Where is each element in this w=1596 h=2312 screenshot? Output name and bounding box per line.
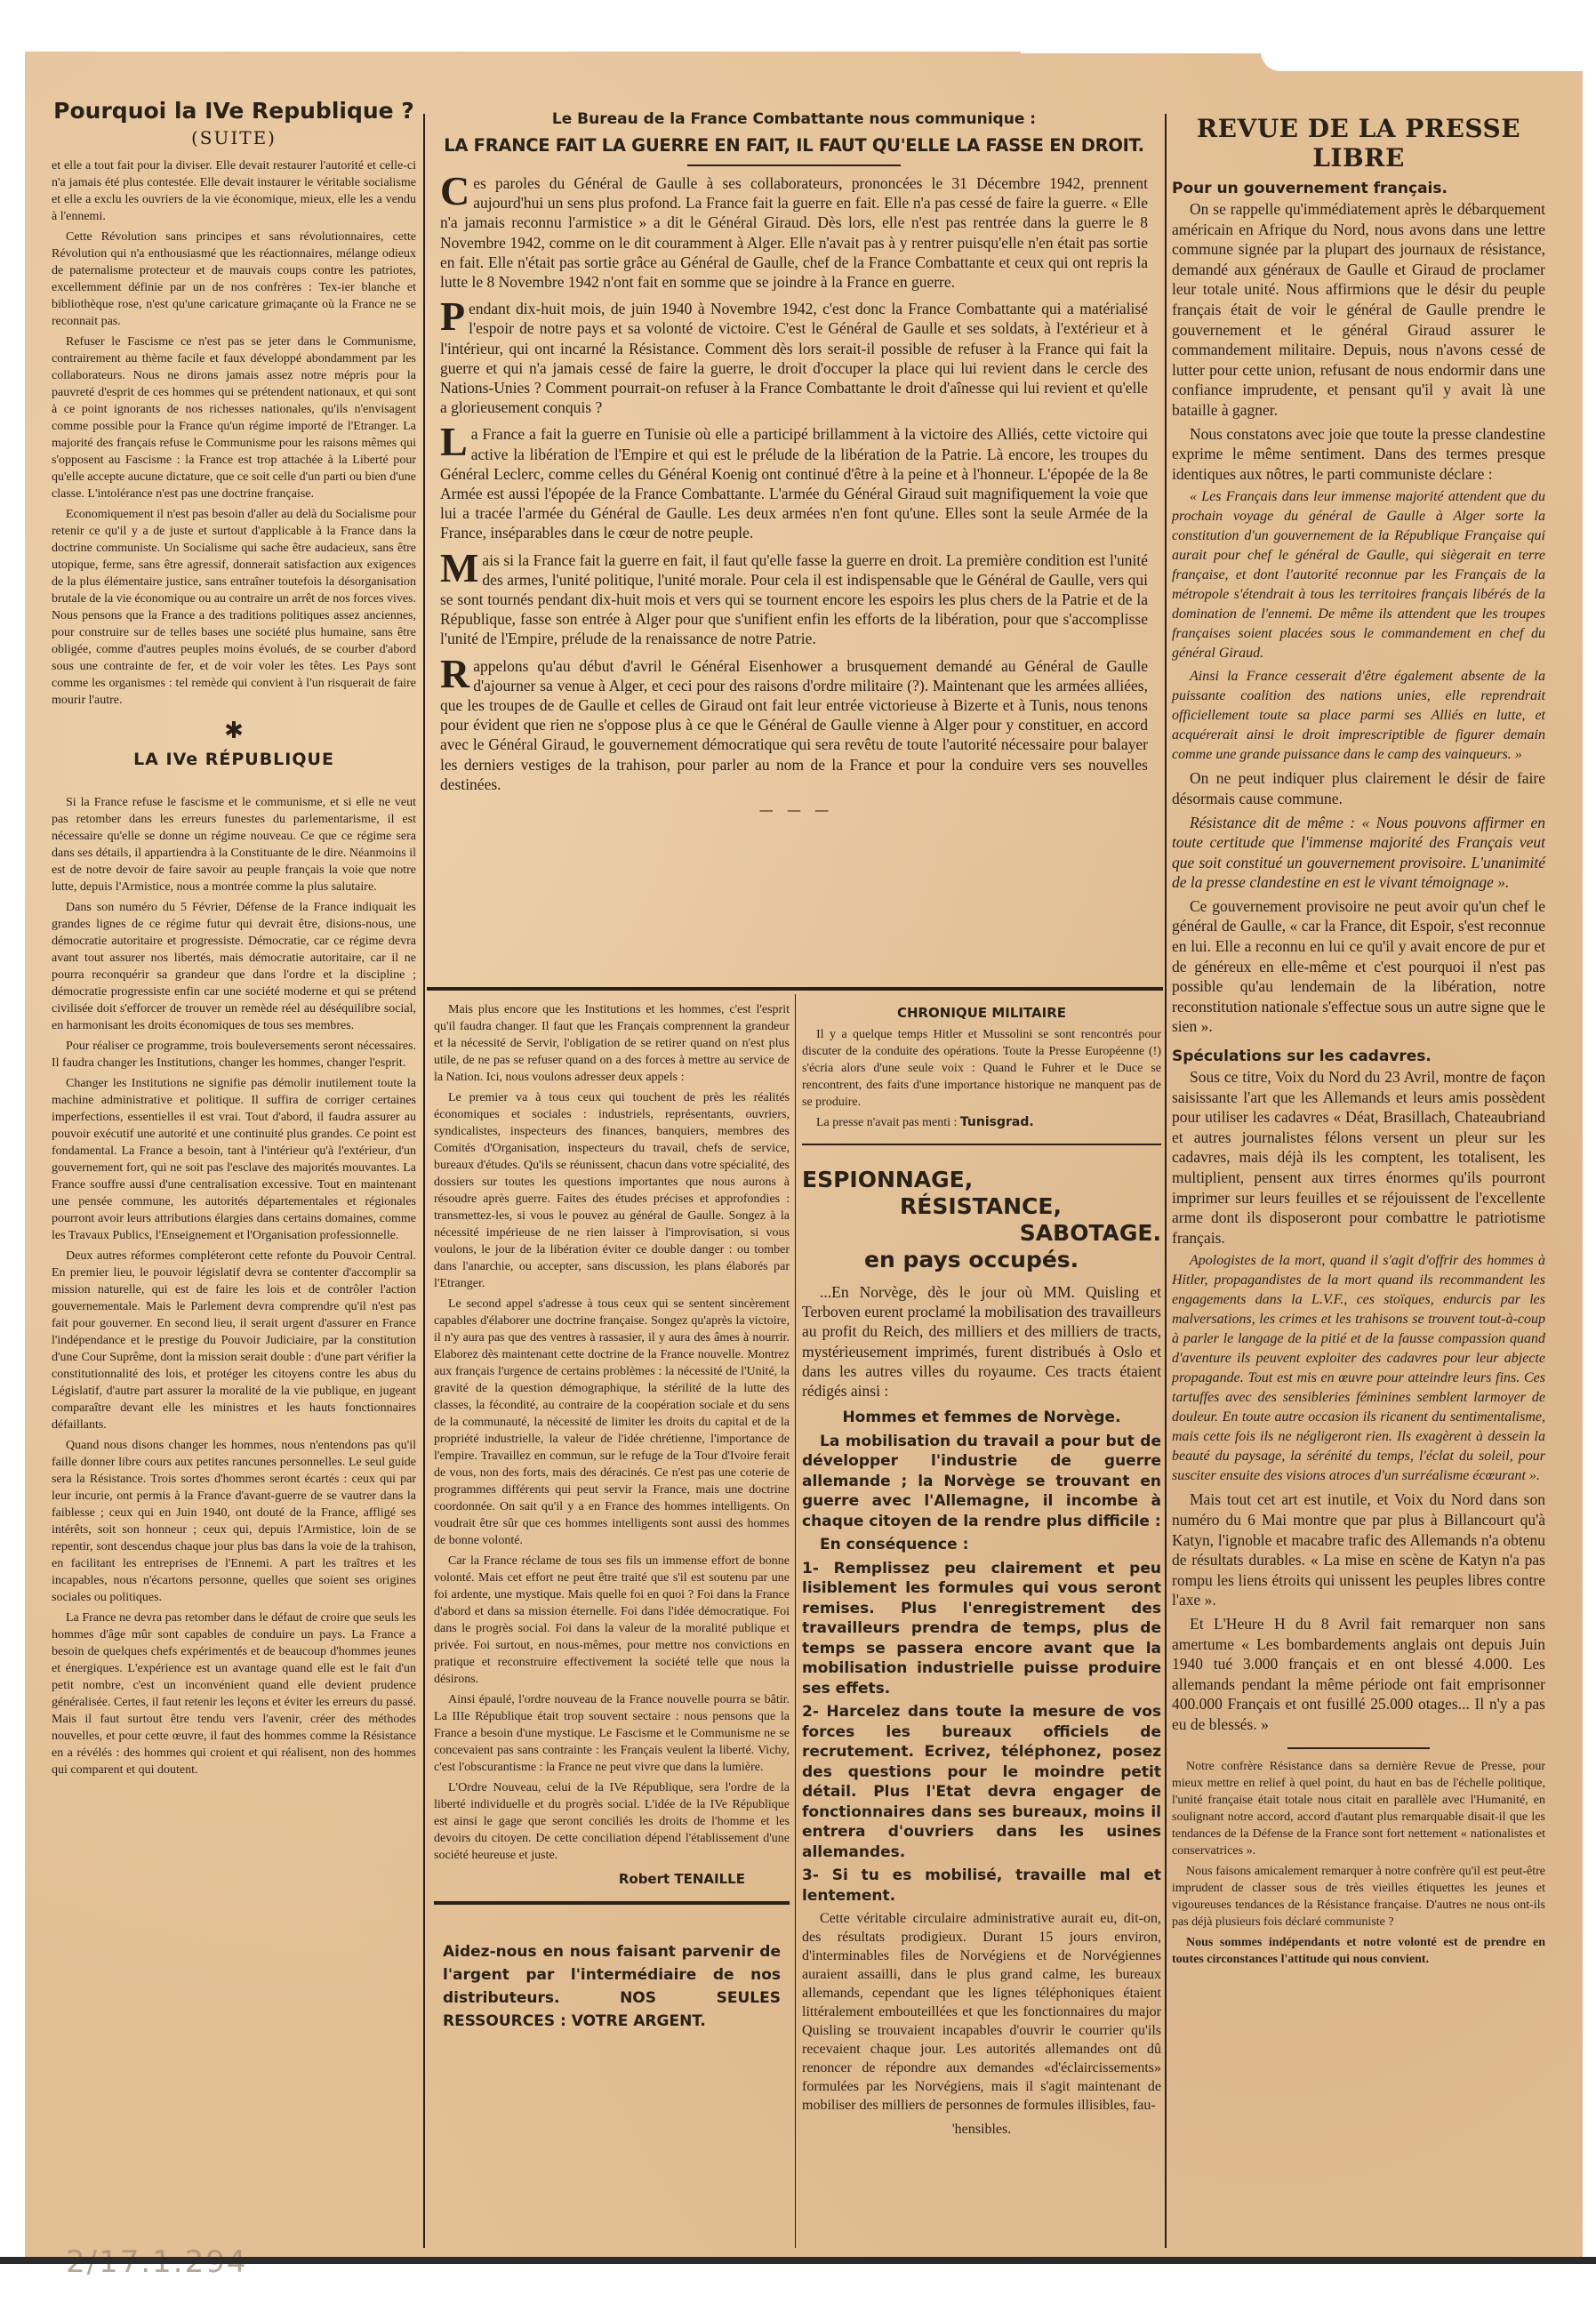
- dash-ornament: — — —: [429, 801, 1159, 818]
- right-paragraph: Sous ce titre, Voix du Nord du 23 Avril,…: [1172, 1067, 1545, 1248]
- right-column: REVUE DE LA PRESSE LIBRE Pour un gouvern…: [1172, 52, 1545, 1971]
- chronique-militaire-title: CHRONIQUE MILITAIRE: [802, 1005, 1161, 1021]
- middle-column: Le Bureau de la France Combattante nous …: [429, 52, 1159, 825]
- paragraph-text: appelons qu'au début d'avril le Général …: [440, 657, 1148, 793]
- main-article-paragraph: Ces paroles du Général de Gaulle à ses c…: [429, 173, 1159, 292]
- right-tail-paragraph: Notre confrère Résistance dans sa derniè…: [1172, 1758, 1545, 1859]
- right-paragraph: « Les Français dans leur immense majorit…: [1172, 487, 1545, 663]
- main-article-paragraph: Mais si la France fait la guerre en fait…: [429, 550, 1159, 649]
- left-paragraph: Cette Révolution sans principes et sans …: [52, 229, 416, 330]
- column-rule-left: [423, 114, 425, 2248]
- espionnage-intro: ...En Norvège, dès le jour où MM. Quisli…: [802, 1282, 1161, 1401]
- drop-cap: P: [440, 299, 469, 334]
- gouvernement-section: On se rappelle qu'immédiatement après le…: [1172, 199, 1545, 1037]
- mid-left-paragraph: Le second appel s'adresse à tous ceux qu…: [434, 1296, 790, 1549]
- tract-paragraph: En conséquence :: [802, 1535, 1161, 1555]
- left-paragraph: Economiquement il n'est pas besoin d'all…: [52, 506, 416, 709]
- scan-bottom-edge: [0, 2257, 1596, 2264]
- tract-paragraph: La mobilisation du travail a pour but de…: [802, 1432, 1161, 1532]
- revue-presse-title: REVUE DE LA PRESSE LIBRE: [1172, 114, 1545, 173]
- paragraph-text: ais si la France fait la guerre en fait,…: [440, 551, 1148, 648]
- chronique-punchline-prefix: La presse n'avait pas menti :: [816, 1116, 960, 1129]
- cadavres-section: Sous ce titre, Voix du Nord du 23 Avril,…: [1172, 1067, 1545, 1734]
- mid-left-paragraph: Ainsi épaulé, l'ordre nouveau de la Fran…: [434, 1691, 790, 1776]
- mid-left-paragraph: Mais plus encore que les Institutions et…: [434, 1001, 790, 1086]
- tract-paragraph: 3- Si tu es mobilisé, travaille mal et l…: [802, 1866, 1161, 1906]
- paragraph-text: endant dix-huit mois, de juin 1940 à Nov…: [440, 300, 1148, 416]
- right-paragraph: On ne peut indiquer plus clairement le d…: [1172, 768, 1545, 808]
- divider: [1287, 1747, 1430, 1749]
- asterisk-ornament-icon: ✱: [52, 718, 416, 744]
- tract-heading: Hommes et femmes de Norvège.: [802, 1408, 1161, 1428]
- right-paragraph: On se rappelle qu'immédiatement après le…: [1172, 199, 1545, 421]
- left-paragraph: et elle a tout fait pour la diviser. Ell…: [52, 157, 416, 225]
- main-article-paragraph: La France a fait la guerre en Tunisie où…: [429, 424, 1159, 542]
- middle-sub-right: CHRONIQUE MILITAIRE Il y a quelque temps…: [802, 1001, 1161, 2138]
- kicker-bureau: Le Bureau de la France Combattante nous …: [429, 110, 1159, 128]
- newspaper-page: Pourquoi la IVe Republique ? (SUITE) et …: [25, 52, 1583, 2257]
- drop-cap: M: [440, 550, 482, 586]
- mid-left-paragraph: Car la France réclame de tous ses fils u…: [434, 1553, 790, 1688]
- mid-left-paragraph: L'Ordre Nouveau, celui de la IVe Républi…: [434, 1779, 790, 1864]
- espionnage-title-1: ESPIONNAGE,: [802, 1167, 1161, 1193]
- double-divider: [434, 1901, 790, 1905]
- main-article-body: Ces paroles du Général de Gaulle à ses c…: [429, 173, 1159, 794]
- right-paragraph: Et L'Heure H du 8 Avril fait remarquer n…: [1172, 1614, 1545, 1735]
- torn-edge-top: [1021, 0, 1590, 53]
- paragraph-text: es paroles du Général de Gaulle à ses co…: [440, 174, 1148, 291]
- chronique-punchline-bold: Tunisgrad.: [960, 1115, 1034, 1129]
- author-signature: Robert TENAILLE: [434, 1871, 790, 1887]
- left-paragraph: Changer les Institutions ne signifie pas…: [52, 1075, 416, 1244]
- section-heading-ive-republique: LA IVe RÉPUBLIQUE: [52, 750, 416, 769]
- left-paragraph: Si la France refuse le fascisme et le co…: [52, 794, 416, 895]
- subheading-cadavres: Spéculations sur les cadavres.: [1172, 1048, 1545, 1065]
- chronique-text: Il y a quelque temps Hitler et Mussolini…: [802, 1026, 1161, 1111]
- espionnage-tail: 'hensibles.: [802, 2122, 1161, 2138]
- divider: [802, 1144, 1161, 1145]
- headline-main: LA FRANCE FAIT LA GUERRE EN FAIT, IL FAU…: [429, 135, 1159, 156]
- middle-sub-left: Mais plus encore que les Institutions et…: [434, 1001, 790, 2033]
- right-paragraph: Mais tout cet art est inutile, et Voix d…: [1172, 1489, 1545, 1610]
- paragraph-text: a France a fait la guerre en Tunisie où …: [440, 425, 1148, 542]
- subheading-gouvernement: Pour un gouvernement français.: [1172, 180, 1545, 197]
- column-rule-mid-lower: [795, 994, 796, 2248]
- espionnage-title-3: SABOTAGE.: [802, 1220, 1161, 1247]
- left-column: Pourquoi la IVe Republique ? (SUITE) et …: [52, 52, 416, 1782]
- right-paragraph: Apologistes de la mort, quand il s'agit …: [1172, 1251, 1545, 1486]
- left-paragraph: Dans son numéro du 5 Février, Défense de…: [52, 899, 416, 1034]
- left-paragraph: La France ne devra pas retomber dans le …: [52, 1610, 416, 1778]
- espionnage-title-2: RÉSISTANCE,: [802, 1193, 1161, 1220]
- mid-left-paragraph: Le premier va à tous ceux qui touchent d…: [434, 1089, 790, 1292]
- right-tail-paragraph: Nous faisons amicalement remarquer à not…: [1172, 1863, 1545, 1931]
- left-paragraph: Refuser le Fascisme ce n'est pas se jete…: [52, 333, 416, 502]
- right-tail-paragraph: Nous sommes indépendants et notre volont…: [1172, 1934, 1545, 1968]
- middle-divider: [427, 987, 1163, 991]
- right-paragraph: Nous constatons avec joie que toute la p…: [1172, 424, 1545, 485]
- chronique-punchline: La presse n'avait pas menti : Tunisgrad.: [802, 1114, 1161, 1131]
- donation-appeal: Aidez-nous en nous faisant parvenir de l…: [434, 1940, 790, 2033]
- right-paragraph: Ce gouvernement provisoire ne peut avoir…: [1172, 896, 1545, 1037]
- right-paragraph: Résistance dit de même : « Nous pouvons …: [1172, 813, 1545, 893]
- left-paragraph: Pour réaliser ce programme, trois boulev…: [52, 1038, 416, 1072]
- left-paragraph: Deux autres réformes compléteront cette …: [52, 1248, 416, 1433]
- drop-cap: R: [440, 656, 473, 692]
- divider: [687, 165, 901, 166]
- left-article-title: Pourquoi la IVe Republique ?: [52, 98, 416, 124]
- left-paragraph: Quand nous disons changer les hommes, no…: [52, 1437, 416, 1606]
- column-rule-right: [1165, 114, 1167, 2248]
- espionnage-title-4: en pays occupés.: [802, 1247, 1161, 1273]
- main-article-paragraph: Pendant dix-huit mois, de juin 1940 à No…: [429, 299, 1159, 417]
- drop-cap: L: [440, 424, 471, 460]
- tract-paragraph: 1- Remplissez peu clairement et peu lisi…: [802, 1559, 1161, 1699]
- drop-cap: C: [440, 173, 473, 209]
- right-paragraph: Ainsi la France cesserait d'être égaleme…: [1172, 667, 1545, 765]
- left-article-subtitle: (SUITE): [52, 127, 416, 149]
- main-article-paragraph: Rappelons qu'au début d'avril le Général…: [429, 656, 1159, 794]
- tract-paragraph: 2- Harcelez dans toute la mesure de vos …: [802, 1702, 1161, 1862]
- espionnage-closing: Cette véritable circulaire administrativ…: [802, 1909, 1161, 2115]
